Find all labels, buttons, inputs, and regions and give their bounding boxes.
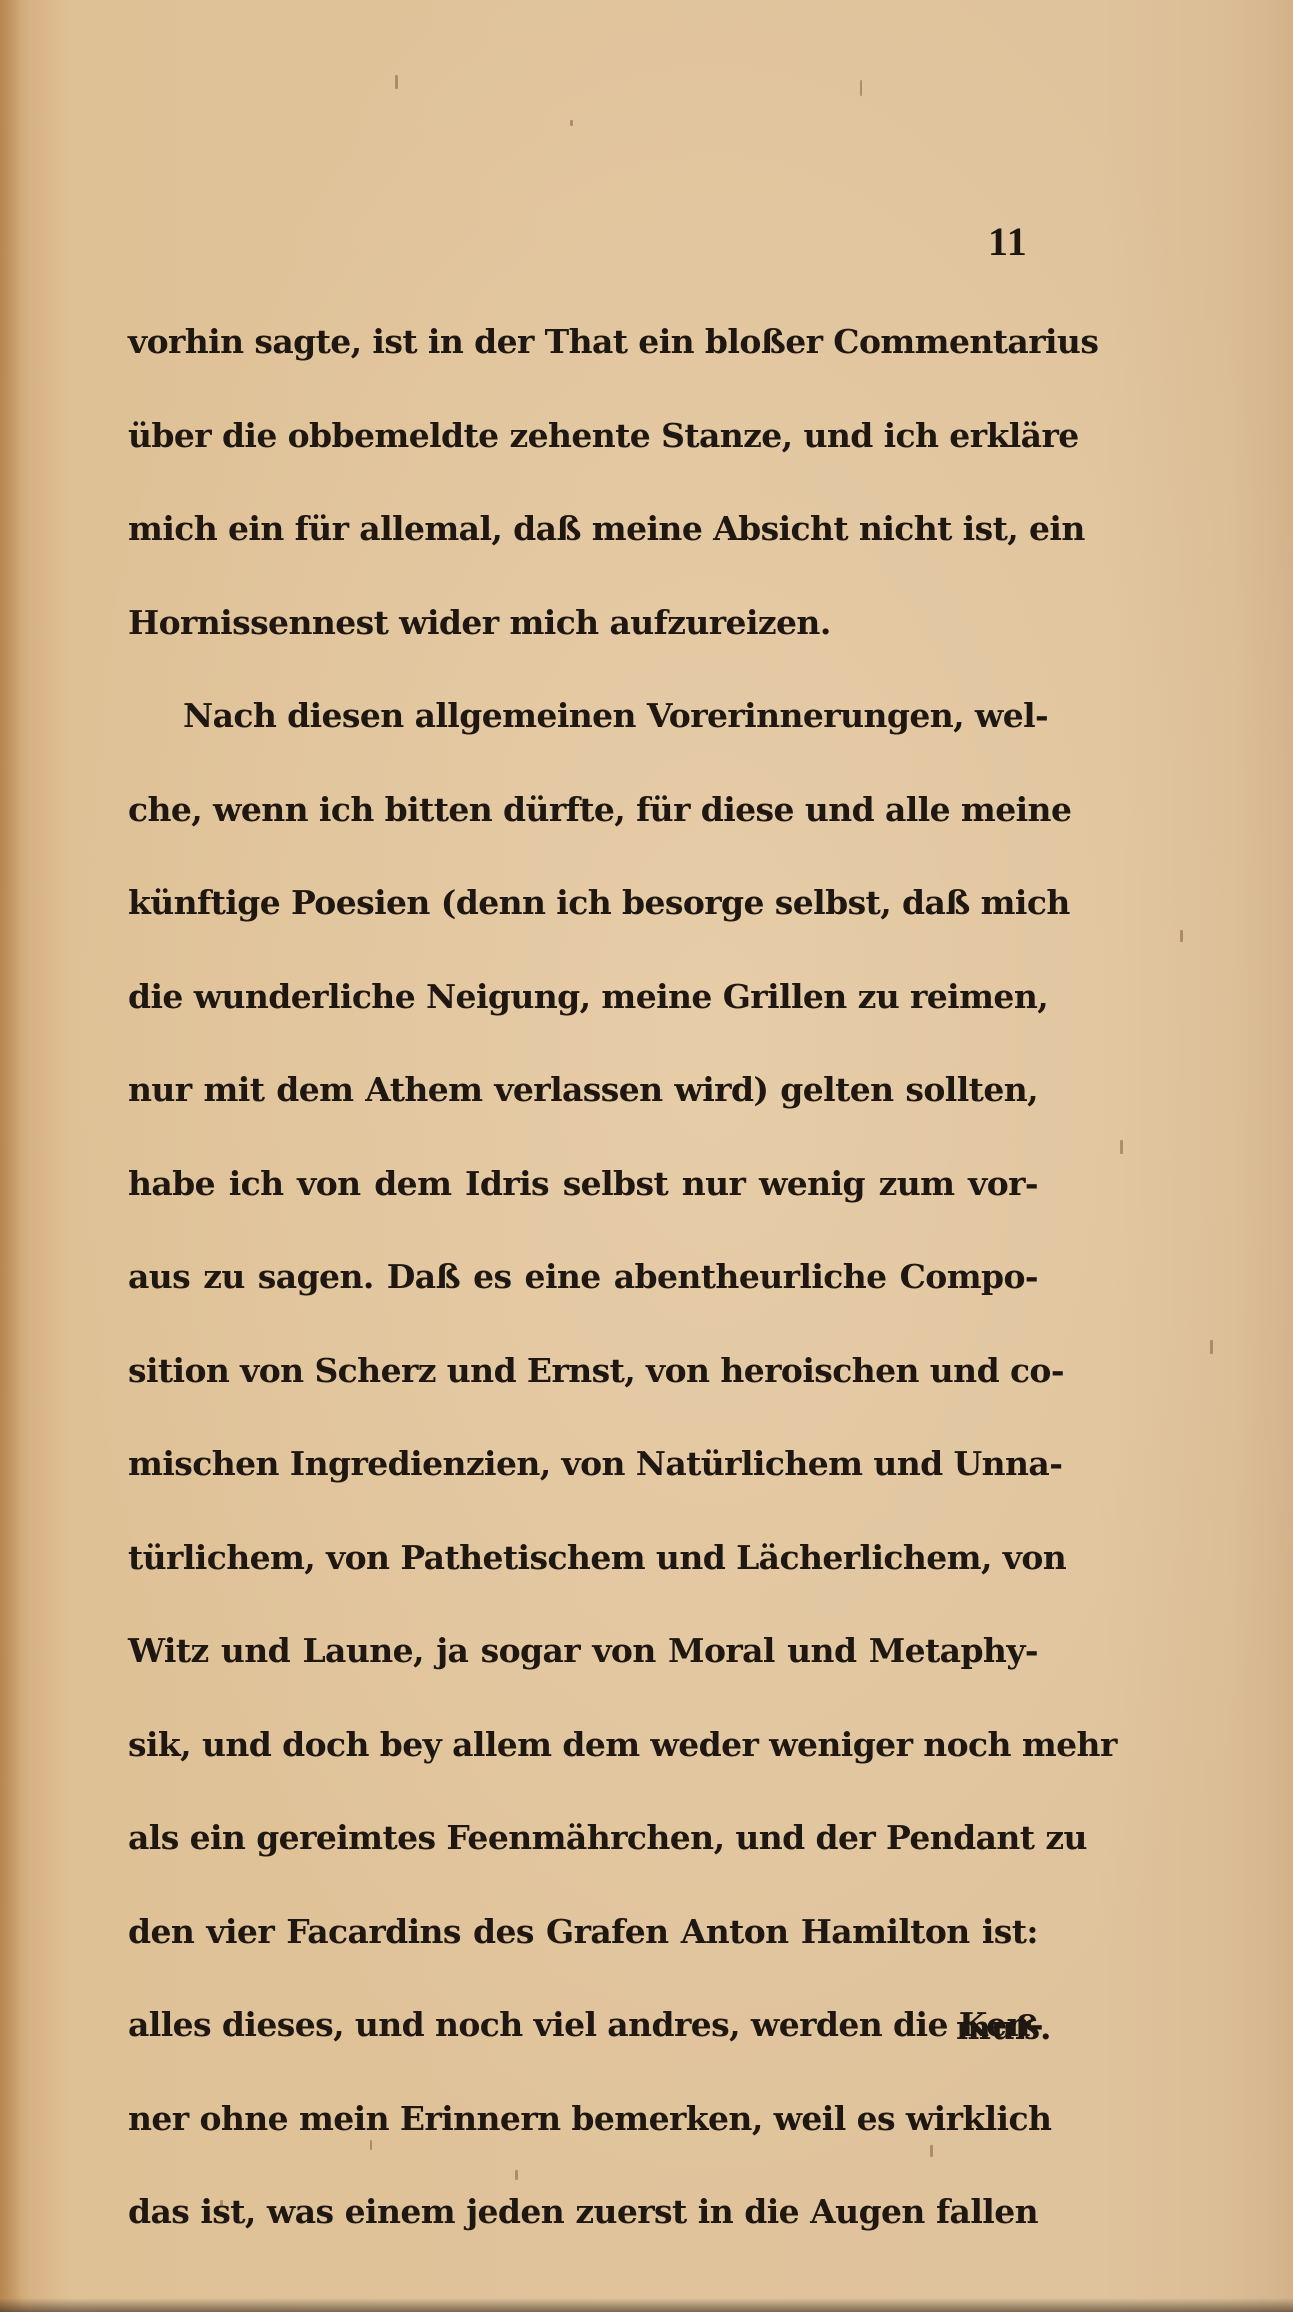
text-line: habe ich von dem Idris selbst nur wenig … — [128, 1154, 1038, 1248]
catchword: muß. — [956, 2008, 1051, 2047]
paper-speck — [370, 2140, 372, 2150]
text-line: sik, und doch bey allem dem weder wenige… — [128, 1715, 1038, 1809]
text-line: aus zu sagen. Daß es eine abentheurliche… — [128, 1247, 1038, 1341]
paper-speck — [220, 2200, 223, 2206]
page-number: 11 — [988, 218, 1028, 265]
text-line: das ist, was einem jeden zuerst in die A… — [128, 2182, 1038, 2276]
paper-speck — [1120, 1140, 1123, 1154]
text-line: als ein gereimtes Feenmährchen, und der … — [128, 1808, 1038, 1902]
text-line: Hornissennest wider mich aufzureizen. — [128, 593, 1038, 687]
text-line: Witz und Laune, ja sogar von Moral und M… — [128, 1621, 1038, 1715]
text-line: alles dieses, und noch viel andres, werd… — [128, 1995, 1038, 2089]
text-line: ner ohne mein Erinnern bemerken, weil es… — [128, 2089, 1038, 2183]
text-line: che, wenn ich bitten dürfte, für diese u… — [128, 780, 1038, 874]
text-line: künftige Poesien (denn ich besorge selbs… — [128, 873, 1038, 967]
paper-speck — [930, 2145, 933, 2157]
text-line: nur mit dem Athem verlassen wird) gelten… — [128, 1060, 1038, 1154]
paper-speck — [570, 120, 573, 126]
text-line: die wunderliche Neigung, meine Grillen z… — [128, 967, 1038, 1061]
text-line: sition von Scherz und Ernst, von heroisc… — [128, 1341, 1038, 1435]
paper-speck — [1180, 930, 1183, 942]
text-line: den vier Facardins des Grafen Anton Hami… — [128, 1902, 1038, 1996]
text-line: vorhin sagte, ist in der That ein bloßer… — [128, 312, 1038, 406]
book-page: 11 vorhin sagte, ist in der That ein blo… — [0, 0, 1293, 2312]
paper-speck — [515, 2170, 518, 2180]
paper-speck — [1210, 1340, 1213, 1354]
text-line: mich ein für allemal, daß meine Absicht … — [128, 499, 1038, 593]
text-line-paragraph-start: Nach diesen allgemeinen Vorerinnerungen,… — [128, 686, 1038, 780]
text-line: türlichem, von Pathetischem und Lächerli… — [128, 1528, 1038, 1622]
text-line: über die obbemeldte zehente Stanze, und … — [128, 406, 1038, 500]
text-line: mischen Ingredienzien, von Natürlichem u… — [128, 1434, 1038, 1528]
paper-speck — [395, 75, 398, 89]
body-text: vorhin sagte, ist in der That ein bloßer… — [128, 312, 1038, 2276]
paper-speck — [860, 80, 862, 96]
